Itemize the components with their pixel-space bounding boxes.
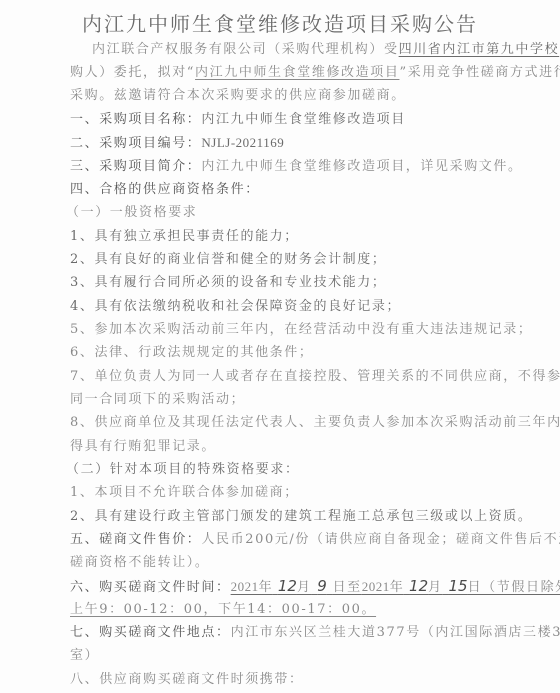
section-project-number: 二、采购项目编号：NJLJ-2021169 [70,133,490,153]
general-requirements-heading: （一）一般资格要求 [66,203,486,223]
price-value: 人民币200元/份（请供应商自备现金；磋商文件售后不退， [201,532,560,547]
section-label: 二、采购项目编号： [70,136,201,151]
general-item: 1、具有独立承担民事责任的能力； [70,227,490,247]
purchaser-name: 四川省内江市第九中学校 [399,42,560,57]
day-unit: 日至 [333,580,362,595]
project-number: NJLJ-2021169 [201,135,284,150]
section-required-documents: 八、供应商购买磋商文件时须携带： [70,670,490,690]
section-supplier-qualifications: 四、合格的供应商资格条件： [70,180,490,200]
project-name-underlined: 内江九中师生食堂维修改造项目 [195,65,399,80]
general-item: 4、具有依法缴纳税收和社会保障资金的良好记录； [70,297,490,317]
general-item: 6、法律、行政法规规定的其他条件； [70,343,490,363]
purchase-time-hours: 上午9：00-12：00，下午14：00-17：00。 [70,600,490,620]
general-item: 5、参加本次采购活动前三年内，在经营活动中没有重大违法违规记录； [70,320,490,340]
year-end: 2021年 [362,579,404,594]
month-unit: 月 [428,580,443,595]
general-item: 3、具有履行合同所必须的设备和专业技术能力； [70,273,490,293]
handwritten-day-start: 9 [317,577,327,595]
location-address: 内江市东兴区兰桂大道377号（内江国际酒店三楼331 [231,625,560,640]
intro-line-1: 内江联合产权服务有限公司（采购代理机构）受四川省内江市第九中学校（采 [92,40,490,60]
year-start: 2021年 [231,579,273,594]
section-document-price: 五、磋商文件售价：人民币200元/份（请供应商自备现金；磋商文件售后不退， [70,530,490,550]
general-item-continuation: 同一合同项下的采购活动； [70,390,490,410]
section-project-summary: 三、采购项目简介：内江九中师生食堂维修改造项目，详见采购文件。 [70,157,490,177]
intro-line-2: 购人）委托，拟对“内江九中师生食堂维修改造项目”采用竞争性磋商方式进行 [70,63,490,83]
agency-text: 内江联合产权服务有限公司（采购代理机构）受 [92,42,399,57]
section-purchase-location: 七、购买磋商文件地点：内江市东兴区兰桂大道377号（内江国际酒店三楼331 [70,623,490,643]
special-requirements-heading: （二）针对本项目的特殊资格要求： [66,460,486,480]
section-label: 六、购买磋商文件时间： [70,580,231,595]
special-item: 2、具有建设行政主管部门颁发的建筑工程施工总承包三级或以上资质。 [70,507,490,527]
handwritten-day-end: 15 [448,577,467,595]
general-item: 7、单位负责人为同一人或者存在直接控股、管理关系的不同供应商，不得参加 [70,367,490,387]
section-purchase-time: 六、购买磋商文件时间：2021年 12月 9 日至2021年 12月 15日（节… [70,576,490,596]
business-hours: 上午9：00-12：00，下午14：00-17：00。 [70,602,376,617]
purchase-time-range: 2021年 12月 9 日至2021年 12月 15日（节假日除外）， [231,580,560,595]
day-unit: 日（节假日除外）， [468,580,560,595]
general-item: 8、供应商单位及其现任法定代表人、主要负责人参加本次采购活动前三年内不 [70,413,490,433]
document-page: 内江九中师生食堂维修改造项目采购公告 内江联合产权服务有限公司（采购代理机构）受… [0,0,560,693]
document-title: 内江九中师生食堂维修改造项目采购公告 [0,8,560,37]
handwritten-month-end: 12 [409,577,428,595]
section-label: 五、磋商文件售价： [70,532,201,547]
section-value: 内江九中师生食堂维修改造项目 [201,112,405,127]
handwritten-month-start: 12 [278,577,297,595]
section-project-name: 一、采购项目名称：内江九中师生食堂维修改造项目 [70,110,490,130]
section-value: 内江九中师生食堂维修改造项目，详见采购文件。 [201,159,522,174]
section-label: 一、采购项目名称： [70,112,201,127]
month-unit: 月 [297,580,312,595]
price-value-continuation: 磋商资格不能转让）。 [70,553,490,573]
location-address-continuation: 室） [70,646,490,666]
section-label: 七、购买磋商文件地点： [70,625,231,640]
intro-line-3: 采购。兹邀请符合本次采购要求的供应商参加磋商。 [70,86,490,106]
section-label: 三、采购项目简介： [70,159,201,174]
general-item: 2、具有良好的商业信誉和健全的财务会计制度； [70,250,490,270]
special-item: 1、本项目不允许联合体参加磋商； [70,483,490,503]
intro-text: 购人）委托，拟对“ [70,65,195,80]
intro-text: ”采用竞争性磋商方式进行 [399,65,560,80]
general-item-continuation: 得具有行贿犯罪记录。 [70,437,490,457]
